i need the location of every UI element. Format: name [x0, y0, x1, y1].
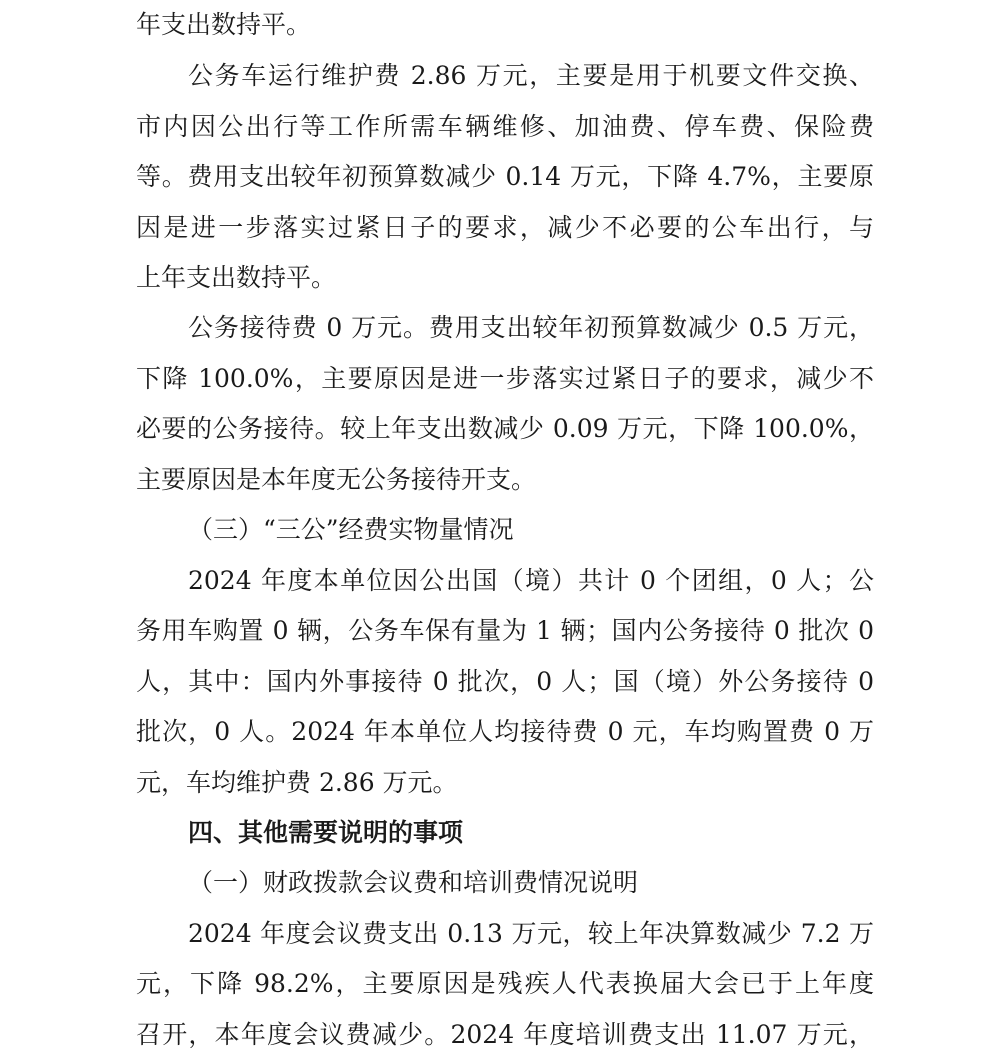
text-line: 上年支出数持平。 [136, 263, 874, 293]
text-line: 等。费用支出较年初预算数减少 0.14 万元，下降 4.7%，主要原 [136, 162, 874, 192]
text-line: 因是进一步落实过紧日子的要求，减少不必要的公车出行，与 [136, 213, 874, 243]
text-line: 务用车购置 0 辆，公务车保有量为 1 辆；国内公务接待 0 批次 0 [136, 616, 874, 646]
text-line: 必要的公务接待。较上年支出数减少 0.09 万元，下降 100.0%， [136, 414, 874, 444]
subheading-three-public-quantities: （三）“三公”经费实物量情况 [136, 515, 874, 545]
text-line: 元，车均维护费 2.86 万元。 [136, 768, 874, 798]
text-line: 市内因公出行等工作所需车辆维修、加油费、停车费、保险费 [136, 112, 874, 142]
text-line: 人，其中：国内外事接待 0 批次，0 人；国（境）外公务接待 0 [136, 667, 874, 697]
paragraph-reception-fee: 公务接待费 0 万元。费用支出较年初预算数减少 0.5 万元， [136, 313, 874, 343]
text-line: 主要原因是本年度无公务接待开支。 [136, 465, 874, 495]
text-line: 元，下降 98.2%，主要原因是残疾人代表换届大会已于上年度 [136, 969, 874, 999]
paragraph-vehicle-maintenance: 公务车运行维护费 2.86 万元，主要是用于机要文件交换、 [136, 61, 874, 91]
text-line: 批次，0 人。2024 年本单位人均接待费 0 元，车均购置费 0 万 [136, 717, 874, 747]
section-heading-other-matters: 四、其他需要说明的事项 [136, 818, 874, 848]
paragraph-meeting-fee: 2024 年度会议费支出 0.13 万元，较上年决算数减少 7.2 万 [136, 919, 874, 949]
text-line: 召开，本年度会议费减少。2024 年度培训费支出 11.07 万元， [136, 1020, 874, 1050]
paragraph-physical-quantities: 2024 年度本单位因公出国（境）共计 0 个团组，0 人；公 [136, 566, 874, 596]
text-line: 下降 100.0%，主要原因是进一步落实过紧日子的要求，减少不 [136, 364, 874, 394]
subheading-meeting-training-fees: （一）财政拨款会议费和培训费情况说明 [136, 868, 874, 898]
text-line: 年支出数持平。 [136, 10, 874, 40]
